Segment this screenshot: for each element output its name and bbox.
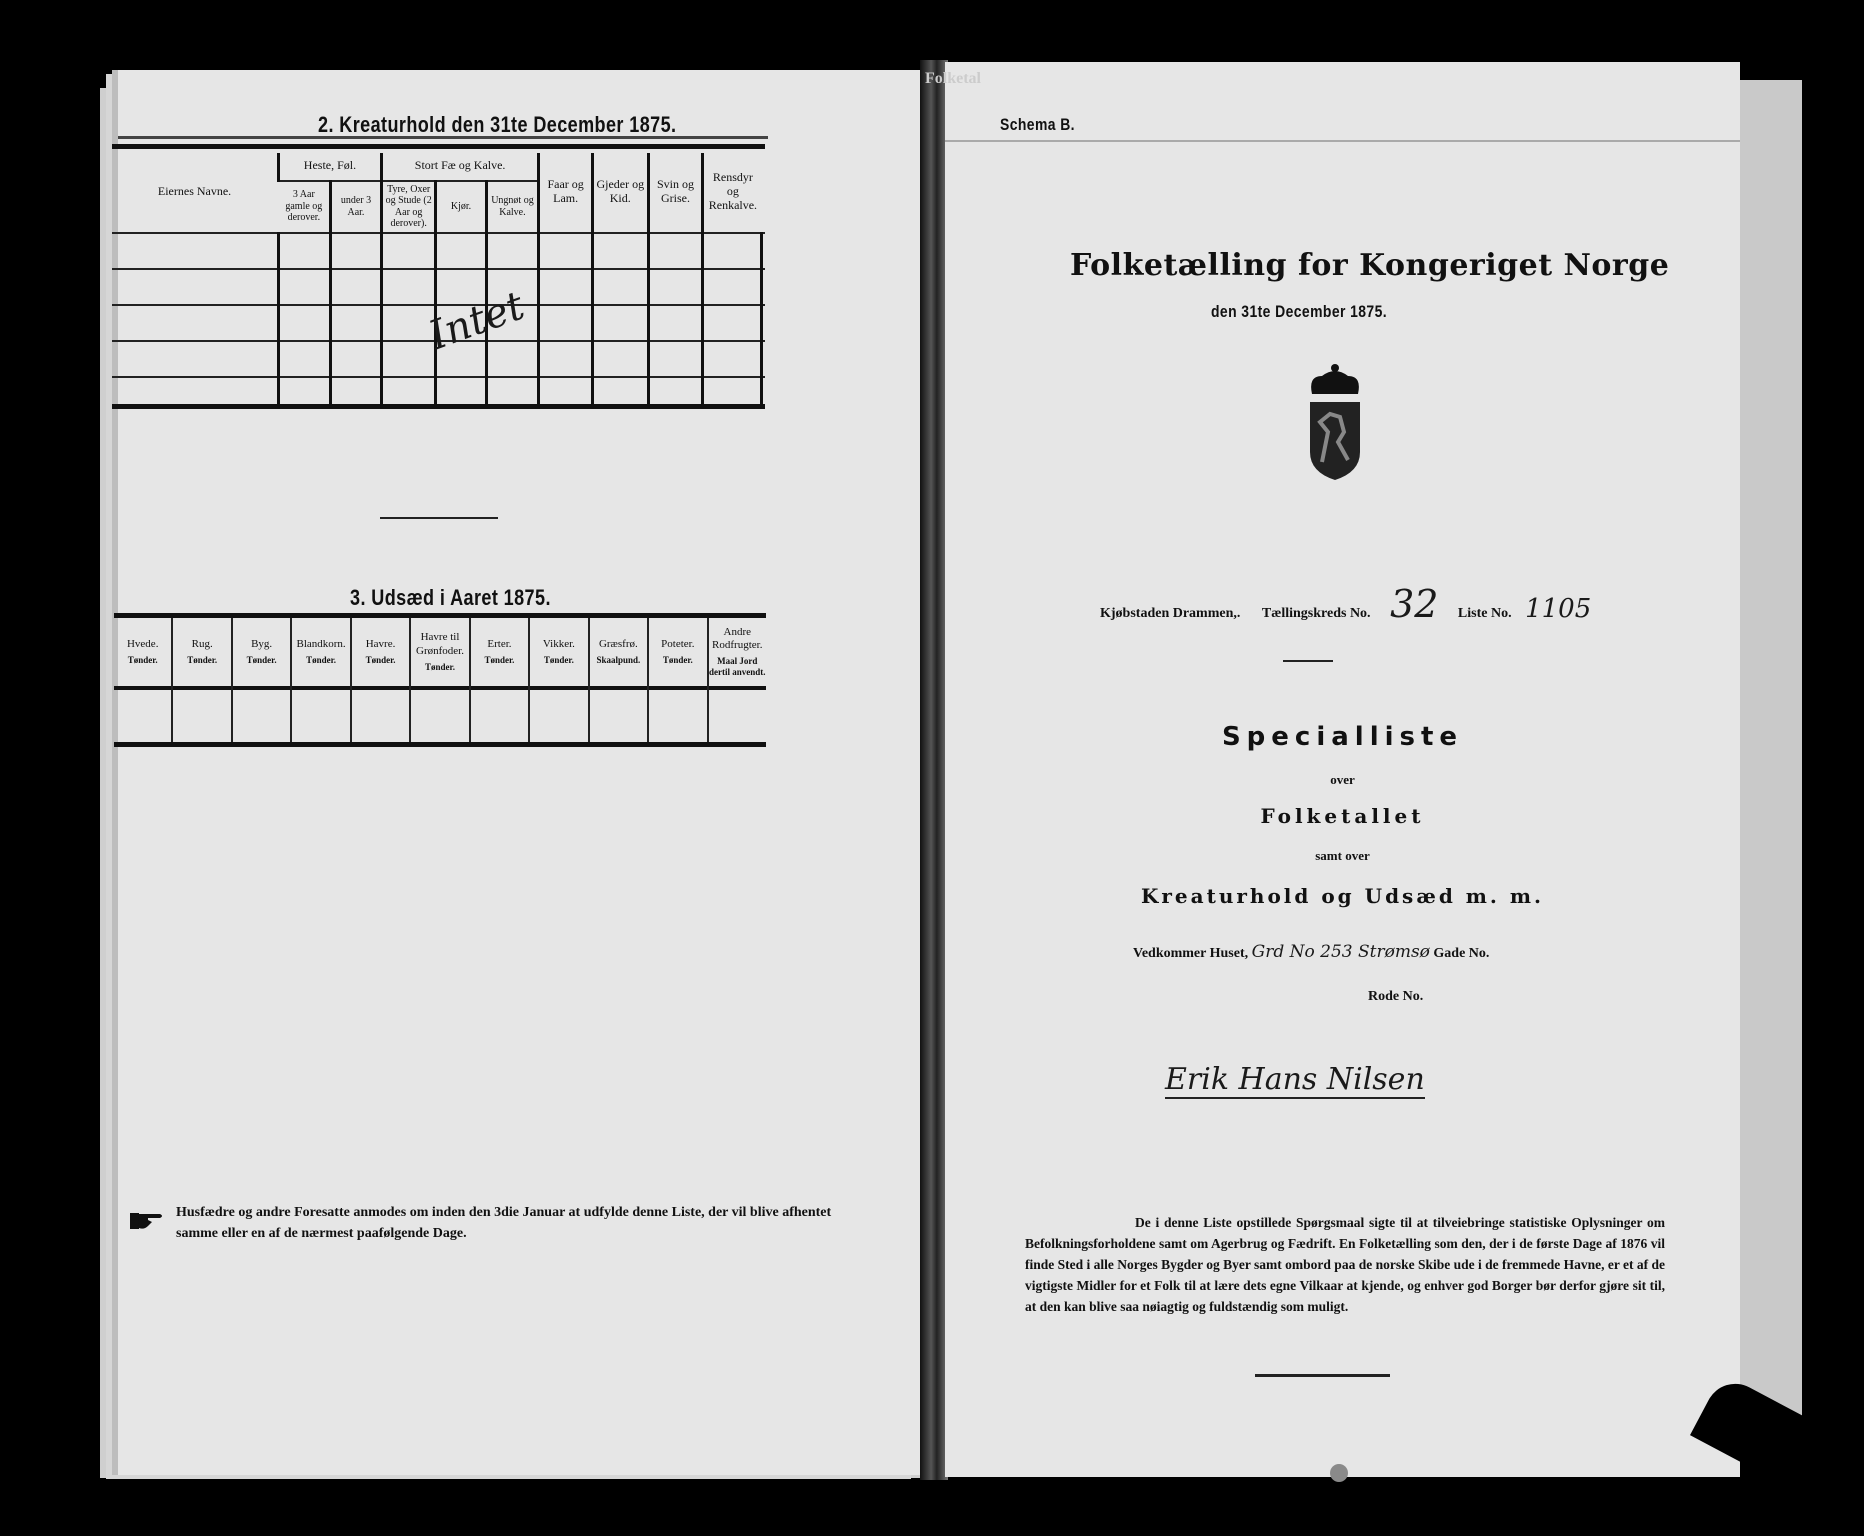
text-folketallet: Folketallet [945,804,1740,828]
sowing-column-name: Græsfrø. [599,638,638,651]
divider [118,136,768,139]
livestock-table: Eiernes Navne. Heste, Føl. Stort Fæ og K… [112,144,765,409]
house-value: Grd No 253 Strømsø [1252,942,1430,962]
text-samt-over: samt over [945,848,1740,864]
sowing-column-name: Vikker. [543,638,575,651]
sowing-column: Havre til Grønfoder.Tønder. [409,618,468,742]
table-row [112,377,765,407]
col-horses: Heste, Føl. [279,153,382,181]
col-cattle-young: Ungnøt og Kalve. [486,181,539,233]
list-label: Liste No. [1458,606,1512,621]
sowing-column-unit: Tønder. [425,662,455,673]
location-line: Kjøbstaden Drammen,. Tællingskreds No. 3… [1100,582,1591,626]
census-date: den 31te December 1875. [1211,302,1387,322]
sowing-column-unit: Skaalpund. [596,655,640,666]
sowing-column: Vikker.Tønder. [528,618,587,742]
house-label: Vedkommer Huset, [1133,946,1248,961]
town-label: Kjøbstaden Drammen,. [1100,606,1240,621]
sowing-column: Byg.Tønder. [231,618,290,742]
street-label: Gade No. [1433,946,1489,961]
sowing-column-name: Hvede. [127,638,158,651]
schema-label: Schema B. [1000,115,1075,135]
house-line: Vedkommer Huset, Grd No 253 Strømsø Gade… [1133,942,1489,962]
short-divider [1283,660,1333,662]
sowing-column-name: Blandkorn. [296,638,345,651]
main-title: Folketælling for Kongeriget Norge [1070,248,1669,283]
section2-title: 2. Kreaturhold den 31te December 1875. [318,112,676,138]
sowing-column-unit: Tønder. [306,655,336,666]
col-reindeer: Rensdyr og Renkalve. [703,153,762,233]
heading-specialliste: Specialliste [945,722,1740,752]
sowing-column-name: Poteter. [661,638,694,651]
sowing-column: Græsfrø.Skaalpund. [588,618,647,742]
notice-text: Husfædre og andre Foresatte anmodes om i… [176,1202,876,1244]
short-divider [380,517,498,519]
book-spine [920,60,948,1480]
pointing-hand-icon [130,1210,164,1232]
section3-title: 3. Udsæd i Aaret 1875. [350,585,551,611]
sowing-column-name: Havre. [366,638,396,651]
sowing-column-name: Rug. [192,638,213,651]
sowing-column: Rug.Tønder. [171,618,230,742]
table-row [112,269,765,305]
sowing-column-name: Byg. [251,638,272,651]
district-label: Tællingskreds No. [1262,606,1371,621]
right-page: Folketal Schema B. Folketælling for Kong… [945,62,1740,1477]
sowing-column: Hvede.Tønder. [114,618,171,742]
col-goats: Gjeder og Kid. [592,153,648,233]
sowing-column-name: Andre Rodfrugter. [709,626,766,652]
left-page: 2. Kreaturhold den 31te December 1875. E… [118,70,923,1475]
col-owner: Eiernes Navne. [112,153,279,233]
col-cattle-cows: Kjør. [436,181,486,233]
sowing-column-name: Erter. [487,638,511,651]
sowing-column-unit: Tønder. [187,655,217,666]
text-kreaturhold: Kreaturhold og Udsæd m. m. [945,884,1740,908]
sowing-column: Havre.Tønder. [350,618,409,742]
col-cattle: Stort Fæ og Kalve. [381,153,538,181]
underlying-pages-right [1730,80,1802,1450]
norwegian-coat-of-arms-icon [1300,362,1370,482]
sowing-column-unit: Tønder. [484,655,514,666]
signature: Erik Hans Nilsen [1165,1062,1425,1099]
sowing-column-unit: Tønder. [663,655,693,666]
sowing-table: Hvede.Tønder.Rug.Tønder.Byg.Tønder.Bland… [114,618,766,747]
district-value: 32 [1390,582,1438,626]
sowing-column-unit: Tønder. [128,655,158,666]
sowing-column: Erter.Tønder. [469,618,528,742]
col-horses-old: 3 Aar gamle og derover. [279,181,331,233]
divider [945,140,1740,142]
col-pigs: Svin og Grise. [648,153,703,233]
ghost-text: Folketal [925,70,981,88]
list-value: 1105 [1525,594,1591,624]
table-row [112,233,765,269]
sowing-column-unit: Tønder. [544,655,574,666]
sowing-column: Poteter.Tønder. [647,618,706,742]
col-sheep: Faar og Lam. [539,153,593,233]
text-over: over [945,772,1740,788]
sowing-column: Andre Rodfrugter.Maal Jord dertil anvend… [707,618,766,742]
info-paragraph: De i denne Liste opstillede Spørgsmaal s… [1025,1212,1665,1317]
ink-stamp [1330,1464,1348,1482]
sowing-column-unit: Maal Jord dertil anvendt. [709,656,766,678]
sowing-column-unit: Tønder. [366,655,396,666]
col-cattle-bulls: Tyre, Oxer og Stude (2 Aar og derover). [381,181,436,233]
short-divider [1255,1374,1390,1377]
sowing-column-unit: Tønder. [247,655,277,666]
sowing-column: Blandkorn.Tønder. [290,618,349,742]
sowing-column-name: Havre til Grønfoder. [411,631,468,657]
rode-label: Rode No. [1368,989,1423,1005]
col-horses-young: under 3 Aar. [331,181,382,233]
